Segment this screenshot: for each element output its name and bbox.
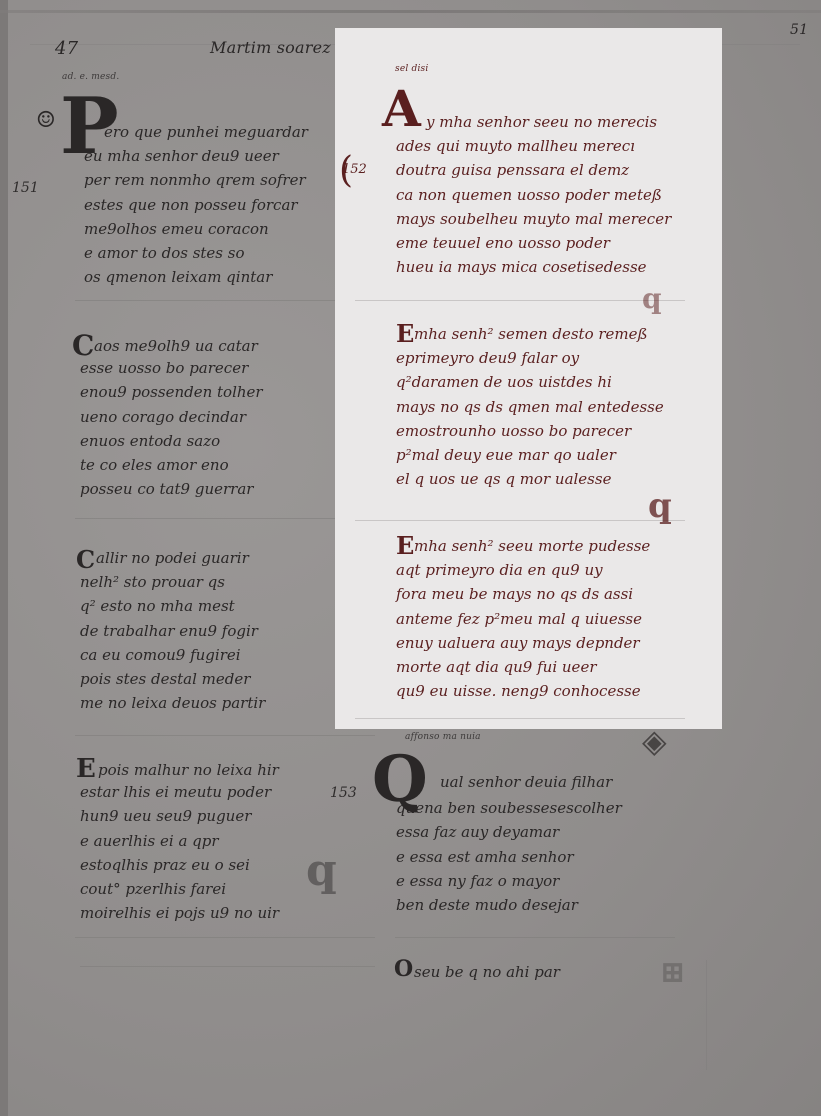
margin-line [706, 960, 707, 1070]
verse-line: eprimeyro deu9 falar oy [396, 346, 664, 370]
author-heading: Martim soarez [210, 38, 331, 57]
verse-line: enuos entoda sazo [80, 429, 263, 453]
verse-line: q²daramen de uos uistdes hi [396, 370, 664, 394]
verse-line: anteme fez p²meu mal q uiuesse [396, 607, 642, 631]
ruling-line [355, 520, 685, 521]
verse-line: estes que non posseu forcar [84, 193, 306, 217]
verse-line: per rem nonmho qrem sofrer [84, 168, 306, 192]
folio-number-left: 47 [55, 38, 78, 59]
ruling-line [355, 300, 685, 301]
verse-line: e amor to dos stes so [84, 241, 306, 265]
verse-line: e auerlhis ei a qpr [80, 829, 279, 853]
verse-line: os qmenon leixam qintar [84, 265, 306, 289]
verse-line: ero que punhei meguardar [104, 120, 308, 144]
verse-line: e essa ny faz o mayor [396, 869, 622, 893]
ruling-line [75, 937, 375, 938]
stanza: nelh² sto prouar qs q² esto no mha mest … [80, 570, 265, 716]
verse-line: te co eles amor eno [80, 453, 263, 477]
stanza: mha senh² seeu morte pudesse [414, 534, 650, 558]
poem-number-153: 153 [330, 785, 357, 801]
verse-line: y mha senhor seeu no merecis [426, 110, 657, 134]
verse-line: ual senhor deuia filhar [440, 770, 612, 794]
verse-line: me no leixa deuos partir [80, 691, 265, 715]
folio-number-right: 51 [790, 22, 808, 38]
verse-line: allir no podei guarir [96, 546, 249, 570]
verse-line: p²mal deuy eue mar qo ualer [396, 443, 664, 467]
verse-line: el q uos ue qs q mor ualesse [396, 467, 664, 491]
verse-line: pois malhur no leixa hir [98, 758, 279, 782]
verse-line: essa faz auy deyamar [396, 820, 622, 844]
verse-line: hun9 ueu seu9 puguer [80, 804, 279, 828]
stanza: eu mha senhor deu9 ueer per rem nonmho q… [84, 144, 306, 290]
verse-line: seu be q no ahi par [414, 960, 560, 984]
folio-left-edge [0, 0, 8, 1116]
poem-153-rubric: affonso ma nuia [405, 732, 481, 742]
verse-line: fora meu be mays no qs ds assi [396, 582, 642, 606]
decorated-initial-a: A [382, 84, 421, 134]
stanza: aqt primeyro dia en qu9 uy fora meu be m… [396, 558, 642, 704]
stanza: ual senhor deuia filhar [440, 770, 612, 794]
guide-letter-ornament: q [306, 845, 337, 896]
stanza-initial: E [396, 322, 414, 346]
manuscript-folio: 47 Martim soarez 51 ad. e. mesd. 151 153… [0, 0, 821, 1116]
profile-face-icon: ☺ [36, 108, 56, 133]
verse-line: e essa est amha senhor [396, 845, 622, 869]
verse-line: estar lhis ei meutu poder [80, 780, 279, 804]
guide-letter-ornament: q [648, 486, 672, 526]
verse-line: enuy ualuera auy mays depnder [396, 631, 642, 655]
ruling-line [355, 718, 685, 719]
verse-line: qu9 eu uisse. neng9 conhocesse [396, 679, 642, 703]
decorative-ornament-icon: ◈ [642, 722, 667, 760]
stanza: y mha senhor seeu no merecis [426, 110, 657, 134]
verse-line: pois stes destal meder [80, 667, 265, 691]
verse-line: posseu co tat9 guerrar [80, 477, 263, 501]
verse-line: aqt primeyro dia en qu9 uy [396, 558, 642, 582]
verse-line: mays soubelheu muyto mal merecer [396, 207, 671, 231]
verse-line: mha senh² seeu morte pudesse [414, 534, 650, 558]
verse-line: eme teuuel eno uosso poder [396, 231, 671, 255]
verse-line: ca non quemen uosso poder meteß [396, 183, 671, 207]
stanza: eprimeyro deu9 falar oy q²daramen de uos… [396, 346, 664, 492]
stanza: ades qui muyto mallheu merecı doutra gui… [396, 134, 671, 280]
stanza: allir no podei guarir [96, 546, 249, 570]
verse-line: mays no qs ds qmen mal entedesse [396, 395, 664, 419]
stanza-initial: C [76, 548, 95, 572]
stanza-initial: E [76, 756, 96, 782]
verse-line: esse uosso bo parecer [80, 356, 263, 380]
ruling-line [75, 735, 375, 736]
verse-line: enou9 possenden tolher [80, 380, 263, 404]
verse-line: eu mha senhor deu9 ueer [84, 144, 306, 168]
verse-line: nelh² sto prouar qs [80, 570, 265, 594]
verse-line: moirelhis ei pojs u9 no uir [80, 901, 279, 925]
stanza: estar lhis ei meutu poder hun9 ueu seu9 … [80, 780, 279, 926]
verse-line: ben deste mudo desejar [396, 893, 622, 917]
refrain: seu be q no ahi par [414, 960, 560, 984]
stanza: pois malhur no leixa hir [98, 758, 279, 782]
folio-top-edge [0, 10, 821, 13]
stanza: aos me9olh9 ua catar [94, 334, 258, 358]
guide-letter-ornament: q [642, 282, 662, 315]
ruling-line [75, 300, 375, 301]
stanza: quena ben soubessesescolher essa faz auy… [396, 796, 622, 917]
stanza: esse uosso bo parecer enou9 possenden to… [80, 356, 263, 502]
ruling-line [75, 518, 375, 519]
refrain-initial: O [394, 958, 413, 980]
verse-line: hueu ia mays mica cosetisedesse [396, 255, 671, 279]
right-rubric: sel disi [395, 64, 428, 74]
ruling-line [80, 966, 375, 967]
stanza-initial: E [396, 534, 414, 558]
verse-line: quena ben soubessesescolher [396, 796, 622, 820]
verse-line: cout° pzerlhis farei [80, 877, 279, 901]
margin-bracket: ( [339, 150, 353, 191]
stanza: ero que punhei meguardar [104, 120, 308, 144]
verse-line: ueno corago decindar [80, 405, 263, 429]
verse-line: estoqlhis praz eu o sei [80, 853, 279, 877]
verse-line: me9olhos emeu coracon [84, 217, 306, 241]
ruling-line [395, 937, 675, 938]
verse-line: ca eu comou9 fugirei [80, 643, 265, 667]
show-through-mark: ⊞ [660, 955, 685, 990]
verse-line: aos me9olh9 ua catar [94, 334, 258, 358]
stanza: mha senh² semen desto remeß [414, 322, 648, 346]
verse-line: emostrounho uosso bo parecer [396, 419, 664, 443]
poem-number-151: 151 [12, 180, 39, 196]
verse-line: morte aqt dia qu9 fui ueer [396, 655, 642, 679]
verse-line: de trabalhar enu9 fogir [80, 619, 265, 643]
verse-line: mha senh² semen desto remeß [414, 322, 648, 346]
verse-line: doutra guisa penssara el demz [396, 158, 671, 182]
verse-line: ades qui muyto mallheu merecı [396, 134, 671, 158]
verse-line: q² esto no mha mest [80, 594, 265, 618]
